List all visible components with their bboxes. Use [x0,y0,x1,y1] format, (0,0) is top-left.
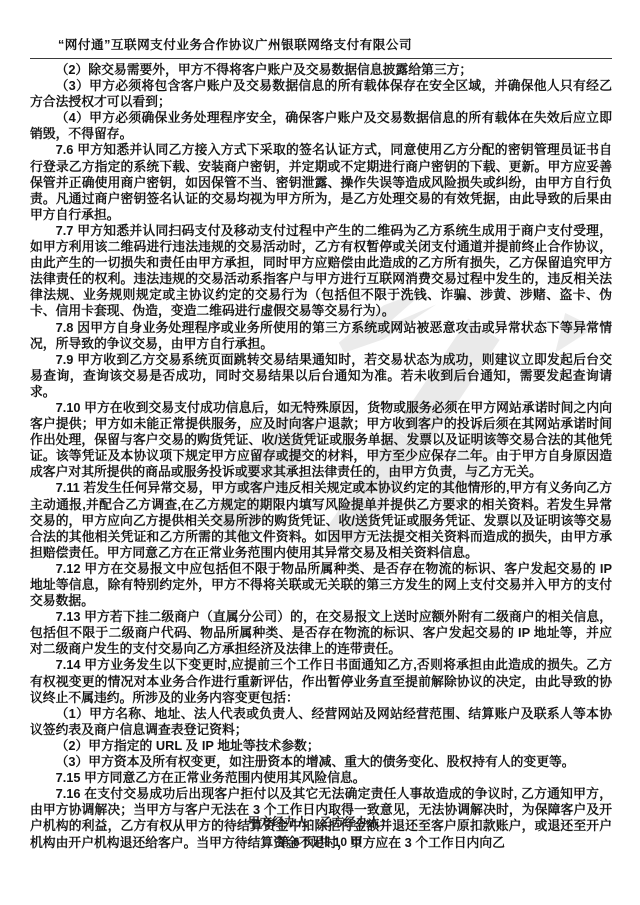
contract-paragraph: （4）甲方必须确保业务处理程序安全，确保客户账户及交易数据信息的所有载体在失效后… [30,110,612,142]
contract-paragraph: （3）甲方资本及所有权变更，如注册资本的增减、重大的债务变化、股权持有人的变更等… [30,754,612,770]
page-number: 第 6 页/共 10 页 [0,832,640,852]
page-content: “网付通”互联网支付业务合作协议广州银联网络支付有限公司 （2）除交易需要外，甲… [30,34,612,851]
contract-paragraph: 7.12 甲方在交易报文中应包括但不限于物品所属种类、是否存在物流的标识、客户发… [30,561,612,609]
contract-paragraph: （2）除交易需要外，甲方不得将客户账户及交易数据信息披露给第三方； [30,62,612,78]
contract-paragraph: （2）甲方指定的 URL 及 IP 地址等技术参数； [30,738,612,754]
contract-paragraph: 7.6 甲方知悉并认同乙方接入方式下采取的签名认证方式，同意使用乙方分配的密钥管… [30,142,612,222]
document-title: “网付通”互联网支付业务合作协议广州银联网络支付有限公司 [30,34,612,59]
page-footer: 甲方经办人：乙方经办人： 第 6 页/共 10 页 [0,812,640,852]
contract-paragraph: 7.11 若发生任何异常交易，甲方或客户违反相关规定或本协议约定的其他情形的,甲… [30,480,612,560]
contract-body: （2）除交易需要外，甲方不得将客户账户及交易数据信息披露给第三方； （3）甲方必… [30,62,612,851]
contract-paragraph: 7.7 甲方知悉并认同扫码支付及移动支付过程中产生的二维码为乙方系统生成用于商户… [30,223,612,320]
contract-paragraph: 7.13 甲方若下挂二级商户（直属分公司）的，在交易报文上送时应额外附有二级商户… [30,609,612,657]
contract-paragraph: 7.9 甲方收到乙方交易系统页面跳转交易结果通知时，若交易状态为成功，则建议立即… [30,352,612,400]
signature-line: 甲方经办人：乙方经办人： [0,812,640,832]
contract-paragraph: （1）甲方名称、地址、法人代表或负责人、经营网站及网站经营范围、结算账户及联系人… [30,706,612,738]
contract-paragraph: 7.8 因甲方自身业务处理程序或业务所使用的第三方系统或网站被恶意攻击或异常状态… [30,320,612,352]
contract-paragraph: 7.10 甲方在收到交易支付成功信息后，如无特殊原因，货物或服务必须在甲方网站承… [30,400,612,480]
contract-paragraph: 7.15 甲方同意乙方在正常业务范围内使用其风险信息。 [30,770,612,786]
contract-paragraph: 7.14 甲方业务发生以下变更时,应提前三个工作日书面通知乙方,否则将承担由此造… [30,657,612,705]
contract-page: “网付通”互联网支付业务合作协议广州银联网络支付有限公司 （2）除交易需要外，甲… [0,0,640,905]
contract-paragraph: （3）甲方必须将包含客户账户及交易数据信息的所有载体保存在安全区域，并确保他人只… [30,78,612,110]
